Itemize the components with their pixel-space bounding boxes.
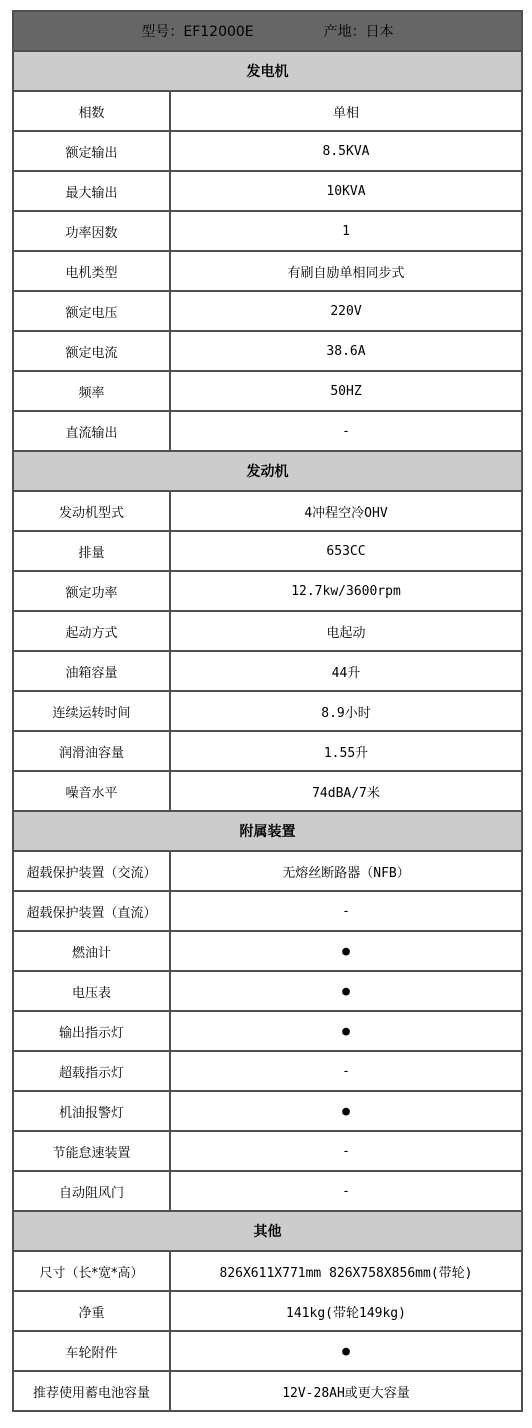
spec-value-cell: 4冲程空冷OHV (170, 491, 522, 531)
section-header-row: 发电机 (13, 51, 522, 91)
spec-label-cell: 超载保护装置（交流） (13, 851, 170, 891)
spec-row: 连续运转时间8.9小时 (13, 691, 522, 731)
spec-row: 输出指示灯● (13, 1011, 522, 1051)
spec-value-cell: 1 (170, 211, 522, 251)
spec-row: 超载保护装置（交流）无熔丝断路器（NFB） (13, 851, 522, 891)
spec-value-cell: ● (170, 931, 522, 971)
spec-label-cell: 尺寸（长*宽*高） (13, 1251, 170, 1291)
spec-table-body: 型号：EF12000E 产地：日本 发电机相数单相额定输出8.5KVA最大输出1… (13, 11, 522, 1411)
spec-value-cell: - (170, 891, 522, 931)
model-text: 型号：EF12000E (141, 21, 253, 41)
spec-label-cell: 功率因数 (13, 211, 170, 251)
spec-value-cell: ● (170, 1091, 522, 1131)
spec-value-cell: 38.6A (170, 331, 522, 371)
spec-value-cell: 有刷自励单相同步式 (170, 251, 522, 291)
spec-label-cell: 起动方式 (13, 611, 170, 651)
spec-value-cell: 220V (170, 291, 522, 331)
spec-label-cell: 额定输出 (13, 131, 170, 171)
spec-row: 噪音水平74dBA/7米 (13, 771, 522, 811)
spec-label-cell: 相数 (13, 91, 170, 131)
main-header-cell: 型号：EF12000E 产地：日本 (13, 11, 522, 51)
main-header-row: 型号：EF12000E 产地：日本 (13, 11, 522, 51)
spec-label-cell: 电压表 (13, 971, 170, 1011)
spec-value-cell: 826X611X771mm 826X758X856mm(带轮) (170, 1251, 522, 1291)
spec-value-cell: - (170, 1051, 522, 1091)
spec-value-cell: 141kg(带轮149kg) (170, 1291, 522, 1331)
spec-page: 型号：EF12000E 产地：日本 发电机相数单相额定输出8.5KVA最大输出1… (0, 0, 532, 1428)
spec-row: 油箱容量44升 (13, 651, 522, 691)
spec-row: 额定电流38.6A (13, 331, 522, 371)
spec-row: 燃油计● (13, 931, 522, 971)
spec-value-cell: - (170, 1131, 522, 1171)
spec-row: 相数单相 (13, 91, 522, 131)
spec-row: 尺寸（长*宽*高）826X611X771mm 826X758X856mm(带轮) (13, 1251, 522, 1291)
spec-label-cell: 超载指示灯 (13, 1051, 170, 1091)
section-header-row: 其他 (13, 1211, 522, 1251)
spec-table: 型号：EF12000E 产地：日本 发电机相数单相额定输出8.5KVA最大输出1… (12, 10, 523, 1412)
spec-label-cell: 发动机型式 (13, 491, 170, 531)
spec-label-cell: 车轮附件 (13, 1331, 170, 1371)
section-title-3: 其他 (13, 1211, 522, 1251)
spec-row: 机油报警灯● (13, 1091, 522, 1131)
spec-value-cell: ● (170, 971, 522, 1011)
spec-value-cell: - (170, 1171, 522, 1211)
spec-value-cell: 8.9小时 (170, 691, 522, 731)
spec-row: 自动阻风门- (13, 1171, 522, 1211)
spec-row: 直流输出- (13, 411, 522, 451)
spec-row: 润滑油容量1.55升 (13, 731, 522, 771)
spec-label-cell: 额定功率 (13, 571, 170, 611)
spec-row: 额定电压220V (13, 291, 522, 331)
spec-row: 净重141kg(带轮149kg) (13, 1291, 522, 1331)
spec-row: 额定输出8.5KVA (13, 131, 522, 171)
spec-value-cell: 74dBA/7米 (170, 771, 522, 811)
section-title-2: 附属装置 (13, 811, 522, 851)
section-title-1: 发动机 (13, 451, 522, 491)
spec-value-cell: ● (170, 1011, 522, 1051)
spec-label-cell: 节能怠速装置 (13, 1131, 170, 1171)
spec-label-cell: 频率 (13, 371, 170, 411)
spec-label-cell: 润滑油容量 (13, 731, 170, 771)
spec-label-cell: 超载保护装置（直流） (13, 891, 170, 931)
spec-row: 发动机型式4冲程空冷OHV (13, 491, 522, 531)
spec-value-cell: 50HZ (170, 371, 522, 411)
spec-label-cell: 直流输出 (13, 411, 170, 451)
spec-value-cell: 单相 (170, 91, 522, 131)
spec-row: 超载指示灯- (13, 1051, 522, 1091)
spec-label-cell: 电机类型 (13, 251, 170, 291)
spec-label-cell: 额定电流 (13, 331, 170, 371)
section-header-row: 附属装置 (13, 811, 522, 851)
spec-value-cell: ● (170, 1331, 522, 1371)
spec-label-cell: 推荐使用蓄电池容量 (13, 1371, 170, 1411)
spec-row: 超载保护装置（直流）- (13, 891, 522, 931)
spec-value-cell: 1.55升 (170, 731, 522, 771)
spec-value-cell: 电起动 (170, 611, 522, 651)
section-header-row: 发动机 (13, 451, 522, 491)
spec-label-cell: 排量 (13, 531, 170, 571)
spec-row: 最大输出10KVA (13, 171, 522, 211)
spec-value-cell: 8.5KVA (170, 131, 522, 171)
spec-row: 推荐使用蓄电池容量12V-28AH或更大容量 (13, 1371, 522, 1411)
spec-row: 起动方式电起动 (13, 611, 522, 651)
spec-label-cell: 连续运转时间 (13, 691, 170, 731)
spec-row: 功率因数1 (13, 211, 522, 251)
spec-label-cell: 输出指示灯 (13, 1011, 170, 1051)
spec-row: 额定功率12.7kw/3600rpm (13, 571, 522, 611)
spec-label-cell: 自动阻风门 (13, 1171, 170, 1211)
spec-row: 节能怠速装置- (13, 1131, 522, 1171)
spec-label-cell: 机油报警灯 (13, 1091, 170, 1131)
spec-row: 电机类型有刷自励单相同步式 (13, 251, 522, 291)
spec-row: 电压表● (13, 971, 522, 1011)
spec-row: 排量653CC (13, 531, 522, 571)
origin-text: 产地：日本 (324, 21, 394, 41)
spec-label-cell: 额定电压 (13, 291, 170, 331)
spec-label-cell: 噪音水平 (13, 771, 170, 811)
spec-value-cell: 10KVA (170, 171, 522, 211)
spec-value-cell: - (170, 411, 522, 451)
spec-label-cell: 油箱容量 (13, 651, 170, 691)
spec-row: 车轮附件● (13, 1331, 522, 1371)
spec-value-cell: 44升 (170, 651, 522, 691)
spec-value-cell: 12V-28AH或更大容量 (170, 1371, 522, 1411)
spec-label-cell: 最大输出 (13, 171, 170, 211)
spec-row: 频率50HZ (13, 371, 522, 411)
spec-value-cell: 653CC (170, 531, 522, 571)
section-title-0: 发电机 (13, 51, 522, 91)
spec-value-cell: 12.7kw/3600rpm (170, 571, 522, 611)
spec-label-cell: 净重 (13, 1291, 170, 1331)
spec-label-cell: 燃油计 (13, 931, 170, 971)
spec-value-cell: 无熔丝断路器（NFB） (170, 851, 522, 891)
